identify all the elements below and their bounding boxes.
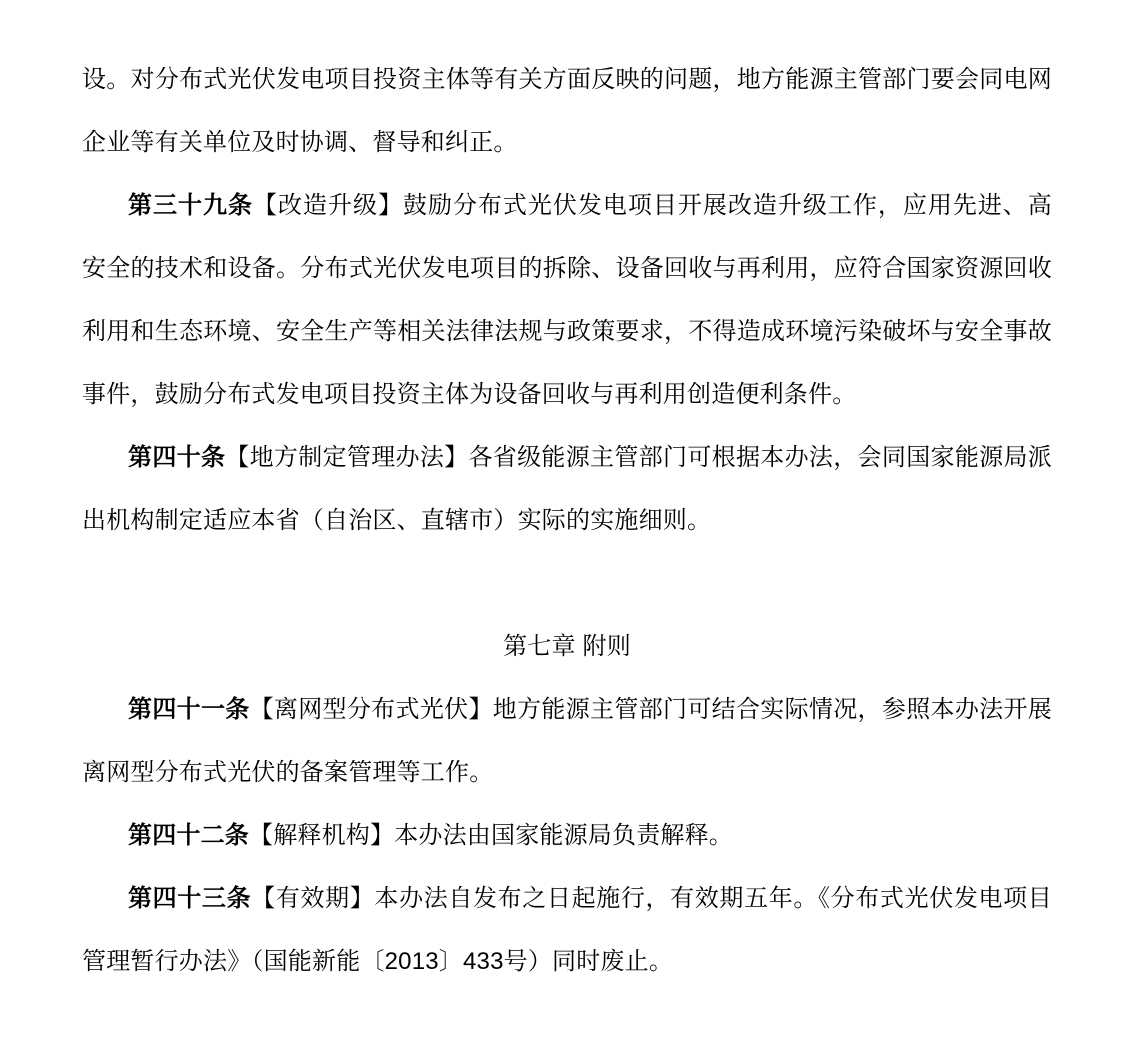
article-number: 第三十九条 — [128, 192, 253, 219]
paragraph-line: 出机构制定适应本省（自治区、直辖市）实际的实施细则。 — [82, 489, 1052, 552]
paragraph-line: 第四十二条【解释机构】本办法由国家能源局负责解释。 — [82, 804, 1052, 867]
paragraph-line: 离网型分布式光伏的备案管理等工作。 — [82, 741, 1052, 804]
article-number: 第四十三条 — [128, 885, 251, 912]
line-text: 出机构制定适应本省（自治区、直辖市）实际的实施细则。 — [82, 507, 711, 534]
line-text: 安全的技术和设备。分布式光伏发电项目的拆除、设备回收与再利用，应符合国家资源回收 — [82, 255, 1052, 282]
blank-line — [82, 552, 1052, 615]
paragraph-line: 事件，鼓励分布式发电项目投资主体为设备回收与再利用创造便利条件。 — [82, 363, 1052, 426]
line-text: 管理暂行办法》（国能新能〔2013〕433号）同时废止。 — [82, 948, 673, 975]
article-number: 第四十一条 — [128, 696, 250, 723]
line-text: 【地方制定管理办法】各省级能源主管部门可根据本办法，会同国家能源局派 — [225, 444, 1052, 471]
line-text: 离网型分布式光伏的备案管理等工作。 — [82, 759, 493, 786]
line-text: 事件，鼓励分布式发电项目投资主体为设备回收与再利用创造便利条件。 — [82, 381, 856, 408]
chapter-heading-text: 第七章 附则 — [503, 633, 631, 660]
paragraph-line: 管理暂行办法》（国能新能〔2013〕433号）同时废止。 — [82, 930, 1052, 993]
article-number: 第四十条 — [128, 444, 225, 471]
line-text: 【解释机构】本办法由国家能源局负责解释。 — [249, 822, 733, 849]
line-text: 【有效期】本办法自发布之日起施行，有效期五年。《分布式光伏发电项目 — [251, 885, 1052, 912]
paragraph-line: 第四十条【地方制定管理办法】各省级能源主管部门可根据本办法，会同国家能源局派 — [82, 426, 1052, 489]
line-text: 【离网型分布式光伏】地方能源主管部门可结合实际情况，参照本办法开展 — [250, 696, 1052, 723]
article-number: 第四十二条 — [128, 822, 249, 849]
paragraph-line: 利用和生态环境、安全生产等相关法律法规与政策要求，不得造成环境污染破坏与安全事故 — [82, 300, 1052, 363]
document-body: 设。对分布式光伏发电项目投资主体等有关方面反映的问题，地方能源主管部门要会同电网… — [82, 48, 1052, 993]
paragraph-line: 第四十一条【离网型分布式光伏】地方能源主管部门可结合实际情况，参照本办法开展 — [82, 678, 1052, 741]
paragraph-line: 设。对分布式光伏发电项目投资主体等有关方面反映的问题，地方能源主管部门要会同电网 — [82, 48, 1052, 111]
paragraph-line: 第四十三条【有效期】本办法自发布之日起施行，有效期五年。《分布式光伏发电项目 — [82, 867, 1052, 930]
document-page: { "page": { "background_color": "#ffffff… — [0, 0, 1134, 1040]
line-text: 企业等有关单位及时协调、督导和纠正。 — [82, 129, 518, 156]
chapter-heading: 第七章 附则 — [82, 615, 1052, 678]
paragraph-line: 安全的技术和设备。分布式光伏发电项目的拆除、设备回收与再利用，应符合国家资源回收 — [82, 237, 1052, 300]
paragraph-line: 第三十九条【改造升级】鼓励分布式光伏发电项目开展改造升级工作，应用先进、高效、 — [82, 174, 1052, 237]
line-text: 设。对分布式光伏发电项目投资主体等有关方面反映的问题，地方能源主管部门要会同电网 — [82, 66, 1052, 93]
line-text: 利用和生态环境、安全生产等相关法律法规与政策要求，不得造成环境污染破坏与安全事故 — [82, 318, 1052, 345]
paragraph-line: 企业等有关单位及时协调、督导和纠正。 — [82, 111, 1052, 174]
